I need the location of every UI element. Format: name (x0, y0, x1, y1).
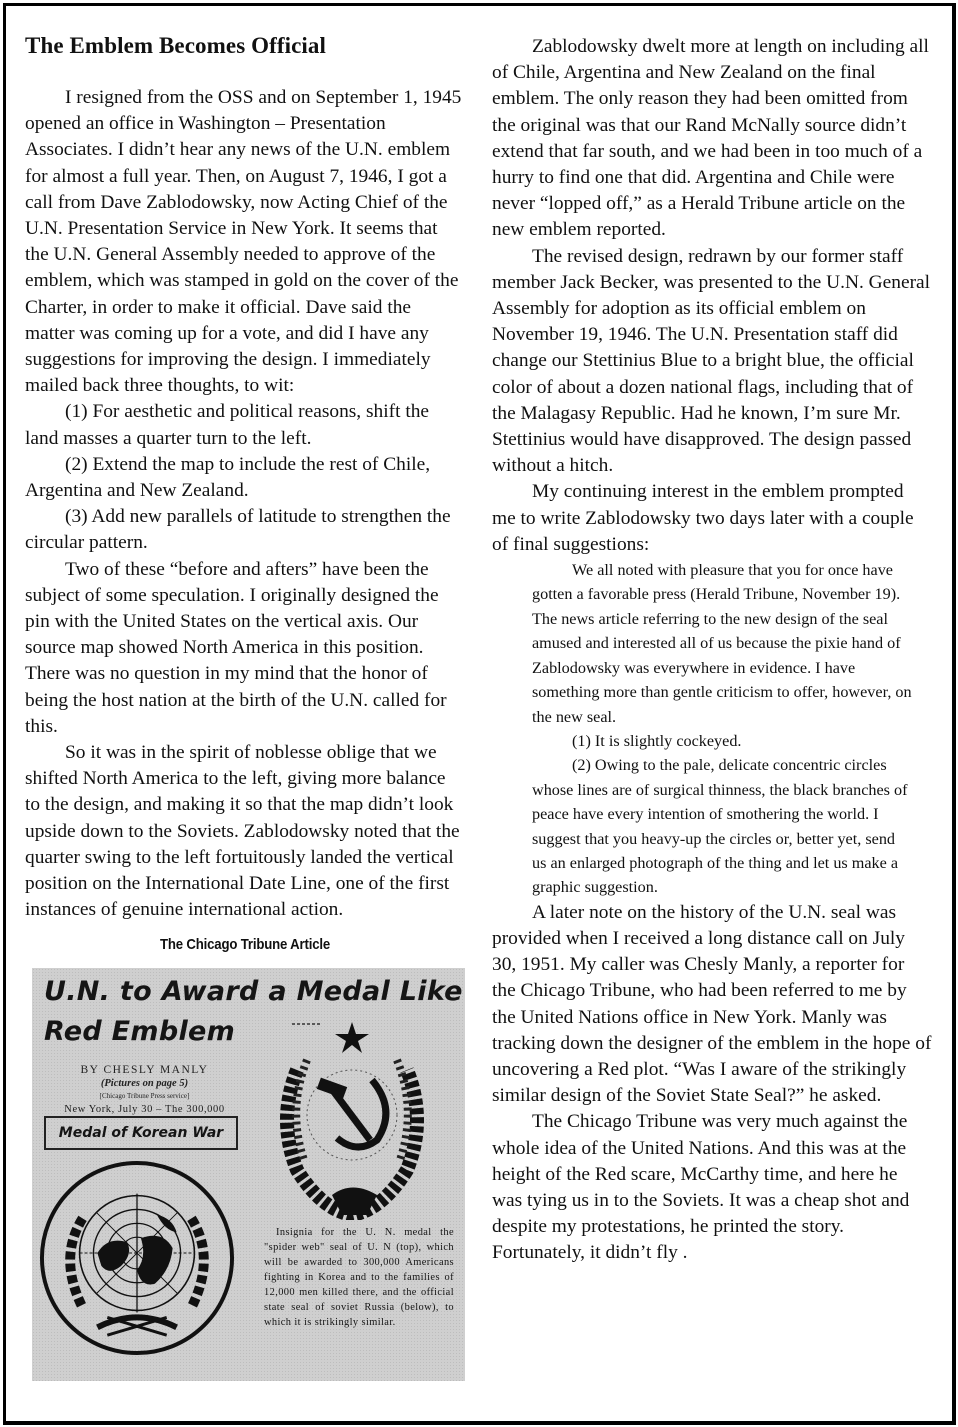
suggestion-item: (2) Extend the map to include the rest o… (25, 452, 465, 504)
un-emblem-icon (38, 1158, 236, 1358)
pictures-note: (Pictures on page 5) (52, 1077, 237, 1090)
clipping-byline: BY CHESLY MANLY (Pictures on page 5) [Ch… (52, 1064, 237, 1116)
left-column: The Emblem Becomes Official I resigned f… (25, 6, 465, 1381)
page-frame: The Emblem Becomes Official I resigned f… (3, 3, 956, 1425)
suggestion-item: (1) For aesthetic and political reasons,… (25, 399, 465, 451)
letter-quote: We all noted with pleasure that you for … (532, 558, 912, 900)
paragraph: A later note on the history of the U.N. … (492, 900, 932, 1110)
dateline: New York, July 30 – The 300,000 (52, 1103, 237, 1116)
paragraph: I resigned from the OSS and on September… (25, 85, 465, 399)
headline-line-1: U.N. to Award a Medal Like (44, 972, 463, 1012)
quote-item: (2) Owing to the pale, delicate concentr… (532, 753, 912, 899)
page-title: The Emblem Becomes Official (25, 32, 465, 60)
paragraph: Two of these “before and afters” have be… (25, 557, 465, 740)
quote-paragraph: We all noted with pleasure that you for … (532, 558, 912, 729)
figure-caption: The Chicago Tribune Article (51, 932, 438, 958)
paragraph: My continuing interest in the emblem pro… (492, 479, 932, 558)
medal-box-heading: Medal of Korean War (44, 1116, 238, 1150)
right-column: Zablodowsky dwelt more at length on incl… (492, 14, 932, 1267)
paragraph: The Chicago Tribune was very much agains… (492, 1109, 932, 1266)
insignia-caption-text: Insignia for the U. N. medal the "spider… (264, 1225, 454, 1330)
suggestion-item: (3) Add new parallels of latitude to str… (25, 504, 465, 556)
clipping-image-caption: Insignia for the U. N. medal the "spider… (264, 1225, 454, 1330)
paragraph: So it was in the spirit of noblesse obli… (25, 740, 465, 923)
quote-item: (1) It is slightly cockeyed. (532, 729, 912, 753)
paragraph: Zablodowsky dwelt more at length on incl… (492, 34, 932, 244)
press-service: [Chicago Tribune Press service] (52, 1090, 237, 1103)
soviet-seal-icon (252, 1010, 452, 1220)
byline-author: BY CHESLY MANLY (52, 1064, 237, 1077)
newspaper-clipping-image: U.N. to Award a Medal Like Red Emblem BY… (32, 968, 465, 1381)
paragraph: The revised design, redrawn by our forme… (492, 244, 932, 480)
